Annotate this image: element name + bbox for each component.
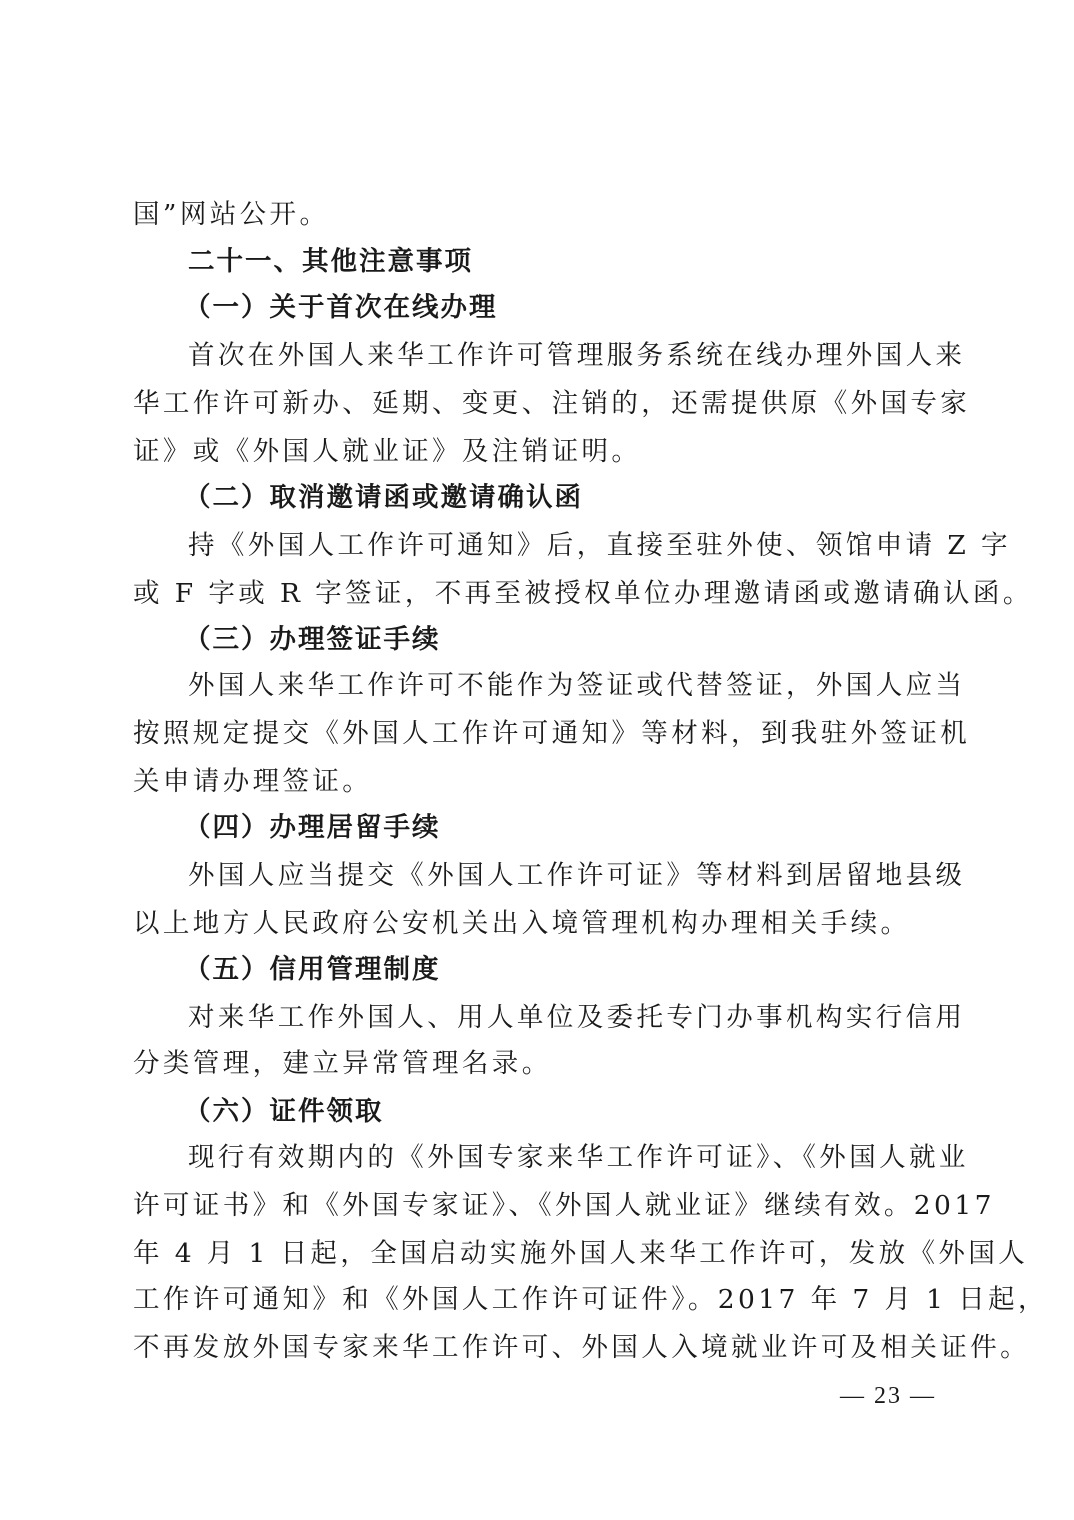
paragraph-line: 以上地方人民政府公安机关出入境管理机构办理相关手续。 [133,906,945,942]
paragraph-line: 工作许可通知》和《外国人工作许可证件》。2017 年 7 月 1 日起， [133,1282,945,1318]
page-number: — 23 — [840,1383,936,1410]
section-title: 二十一、其他注意事项 [188,244,945,280]
subsection-title-1: （一）关于首次在线办理 [184,290,996,326]
paragraph-line: 关申请办理签证。 [133,764,945,800]
paragraph-line: 分类管理，建立异常管理名录。 [133,1046,945,1082]
paragraph-line: 证》或《外国人就业证》及注销证明。 [133,434,945,470]
paragraph-line: 年 4 月 1 日起，全国启动实施外国人来华工作许可，发放《外国人 [133,1236,945,1272]
paragraph-line: 许可证书》和《外国专家证》、《外国人就业证》继续有效。2017 [133,1188,945,1224]
continuation-text: 国”网站公开。 [133,197,945,233]
subsection-title-6: （六）证件领取 [184,1094,996,1130]
paragraph-line: 外国人应当提交《外国人工作许可证》等材料到居留地县级 [188,858,945,894]
paragraph-line: 首次在外国人来华工作许可管理服务系统在线办理外国人来 [188,338,945,374]
subsection-title-2: （二）取消邀请函或邀请确认函 [184,480,996,516]
paragraph-line: 按照规定提交《外国人工作许可通知》等材料，到我驻外签证机 [133,716,945,752]
paragraph-line: 不再发放外国专家来华工作许可、外国人入境就业许可及相关证件。 [133,1330,945,1366]
subsection-title-5: （五）信用管理制度 [184,952,996,988]
subsection-title-4: （四）办理居留手续 [184,810,996,846]
subsection-title-3: （三）办理签证手续 [184,622,996,658]
paragraph-line: 华工作许可新办、延期、变更、注销的，还需提供原《外国专家 [133,386,945,422]
paragraph-line: 或 F 字或 R 字签证，不再至被授权单位办理邀请函或邀请确认函。 [133,576,945,612]
paragraph-line: 现行有效期内的《外国专家来华工作许可证》、《外国人就业 [188,1140,945,1176]
paragraph-line: 对来华工作外国人、用人单位及委托专门办事机构实行信用 [188,1000,945,1036]
paragraph-line: 持《外国人工作许可通知》后，直接至驻外使、领馆申请 Z 字 [188,528,945,564]
paragraph-line: 外国人来华工作许可不能作为签证或代替签证，外国人应当 [188,668,945,704]
